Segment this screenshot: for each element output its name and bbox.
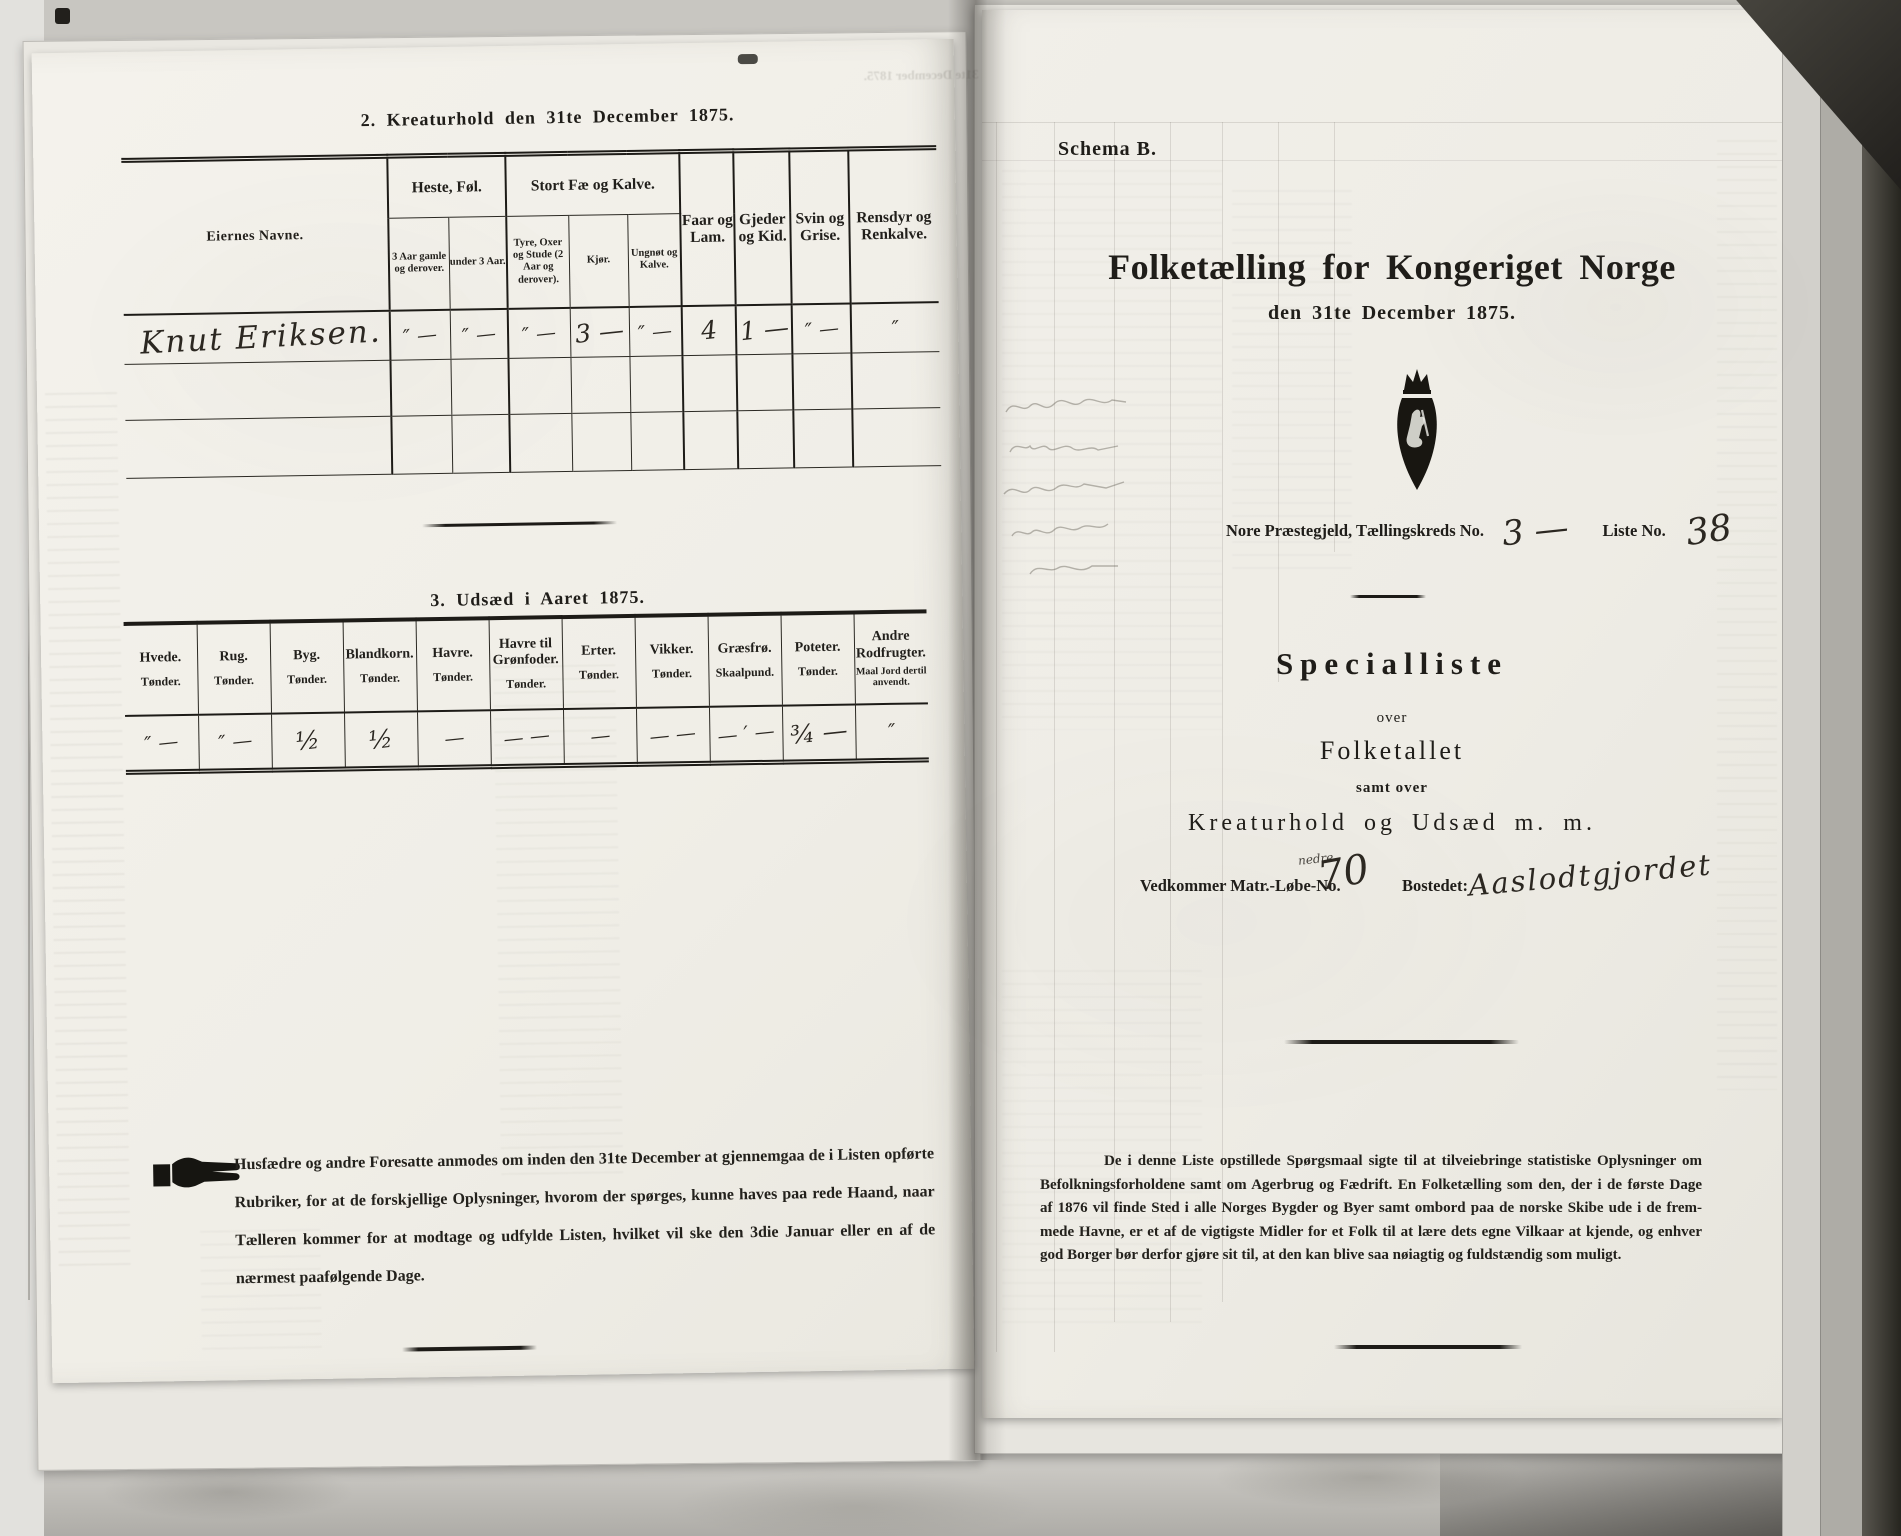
value-heste-3aar: ″ — <box>390 309 451 360</box>
empty-row-cell <box>851 352 940 409</box>
sub-header-3aar: 3 Aar gamle og derover. <box>388 217 449 310</box>
value-poteter: ¾ — <box>782 704 856 761</box>
sub-header-ungnoet: Ungnøt og Kalve. <box>627 214 681 307</box>
empty-row-cell <box>852 408 941 467</box>
col-header-gjeder-kid: Gjeder og Kid. <box>733 150 791 305</box>
paragraph-line: mede Havne, er et af de vigtigste Midler… <box>1040 1221 1702 1245</box>
paragraph-line: De i denne Liste opstillede Spørgsmaal s… <box>1040 1150 1702 1174</box>
matr-loebe-label: Vedkommer Matr.-Løbe-No. <box>1140 876 1341 896</box>
empty-row-cell <box>682 355 737 412</box>
census-subtitle: den 31te December 1875. <box>1062 302 1722 325</box>
bottom-rule <box>402 1346 537 1352</box>
norway-coat-of-arms <box>1388 366 1446 496</box>
section2-title: 2. Kreaturhold den 31te December 1875. <box>361 104 735 131</box>
over-text: over <box>1062 710 1722 727</box>
empty-row-cell <box>683 411 738 470</box>
district-underline-rule <box>1350 595 1426 598</box>
bleed-through-text-column <box>1717 140 1777 1090</box>
col-header-hvede: Hvede.Tønder. <box>124 623 198 716</box>
census-title: Folketælling for Kongeriget Norge <box>1062 246 1722 288</box>
empty-row-cell <box>508 357 571 414</box>
value-gjeder-kid: 1 — <box>736 304 793 355</box>
empty-row-cell <box>125 360 392 420</box>
col-header-andre-rodfrugter: Andre Rodfrugter.Maal Jord dertil anvend… <box>853 611 927 704</box>
col-header-byg: Byg.Tønder. <box>270 621 344 714</box>
empty-row-cell <box>570 356 630 413</box>
right-page: Schema B. Folketælling for Kongeriget No… <box>982 10 1784 1418</box>
handwritten-bosted-name: Aaslodtgjordet <box>1467 847 1713 902</box>
empty-row-cell <box>736 354 793 411</box>
faint-handwriting-scribbles <box>1000 390 1190 590</box>
group-header-heste: Heste, Føl. <box>387 154 506 218</box>
right-stack-edge <box>1782 0 1821 1536</box>
right-stack-edge-dark <box>1862 0 1901 1536</box>
bosted-label: Bostedet: <box>1402 876 1468 896</box>
empty-row-cell <box>450 358 509 415</box>
value-andre-rodfrugter: ″ <box>855 703 929 760</box>
empty-row-cell <box>737 410 794 469</box>
col-header-svin-grise: Svin og Grise. <box>789 149 850 304</box>
kreaturhold-udsaed-text: Kreaturhold og Udsæd m. m. <box>1062 810 1722 837</box>
folketallet-text: Folketallet <box>1062 736 1722 766</box>
empty-row-cell <box>390 359 451 416</box>
col-header-rensdyr: Rensdyr og Renkalve. <box>848 148 938 303</box>
col-header-erter: Erter.Tønder. <box>562 616 636 709</box>
section3-title: 3. Udsæd i Aaret 1875. <box>430 587 645 611</box>
bleed-through-line <box>996 122 997 1352</box>
col-header-poteter: Poteter.Tønder. <box>781 612 855 705</box>
value-erter: — <box>563 708 637 765</box>
left-page: den 31te December 1875. 2. Kreaturhold d… <box>32 39 975 1383</box>
empty-row-cell <box>630 412 684 471</box>
value-faar-lam: 4 <box>682 305 737 356</box>
group-header-stort-fae: Stort Fæ og Kalve. <box>505 152 680 217</box>
col-header-rug: Rug.Tønder. <box>197 622 271 715</box>
col-header-blandkorn: Blandkorn.Tønder. <box>343 619 417 712</box>
empty-row-cell <box>451 414 510 473</box>
sub-header-kjoer: Kjør. <box>568 214 628 307</box>
bleed-through-line <box>982 122 1784 123</box>
value-tyre: ″ — <box>508 307 571 358</box>
info-paragraph: De i denne Liste opstillede Spørgsmaal s… <box>1040 1150 1702 1268</box>
col-header-eiernes-navne: Eiernes Navne. <box>121 156 389 314</box>
section-divider-rule <box>422 521 617 527</box>
liste-label: Liste No. <box>1603 521 1666 540</box>
footnote-paragraph: Husfædre og andre Foresatte anmodes om i… <box>234 1135 936 1298</box>
value-rensdyr: ″ <box>851 302 940 353</box>
schema-label: Schema B. <box>1058 138 1157 161</box>
scan-speck <box>55 8 70 24</box>
udsaed-table: Hvede.Tønder. Rug.Tønder. Byg.Tønder. Bl… <box>124 609 929 774</box>
col-header-havre-groenfoder: Havre til Grønfoder.Tønder. <box>489 617 563 710</box>
paragraph-line: god Borger bør derfor gjøre sit til, at … <box>1040 1244 1702 1268</box>
district-prefix: Nore Præstegjeld, Tællingskreds No. <box>1226 521 1484 540</box>
value-heste-under3: ″ — <box>450 308 509 359</box>
empty-row-cell <box>629 356 683 413</box>
page-corner-mark <box>738 54 758 64</box>
value-blandkorn: ½ <box>344 711 418 768</box>
value-vikker: — — <box>636 707 710 764</box>
value-rug: ″ — <box>198 714 272 771</box>
col-header-graesfroe: Græsfrø.Skaalpund. <box>708 614 782 707</box>
owner-name-entry: Knut Eriksen. <box>124 310 391 364</box>
sub-header-tyre-oxer: Tyre, Oxer og Stude (2 Aar og derover). <box>506 215 569 308</box>
manicule-pointing-hand-icon <box>152 1152 243 1199</box>
value-hvede: ″ — <box>125 715 199 772</box>
value-havre-groenfoder: — — <box>490 709 564 766</box>
center-divider-rule <box>1284 1040 1519 1044</box>
empty-row-cell <box>792 353 852 410</box>
empty-row-cell <box>793 409 853 468</box>
bottom-rule <box>1334 1345 1522 1349</box>
paragraph-line: af 1876 vil finde Sted i alle Norges Byg… <box>1040 1197 1702 1221</box>
value-byg: ½ <box>271 712 345 769</box>
sub-header-under3aar: under 3 Aar. <box>448 216 507 309</box>
handwritten-liste-number: 38 <box>1683 507 1734 554</box>
col-header-havre: Havre.Tønder. <box>416 618 490 711</box>
empty-row-cell <box>509 413 572 472</box>
bleed-through-mirrored-title: den 31te December 1875. <box>832 66 1002 85</box>
value-havre: — <box>417 710 491 767</box>
handwritten-matr-number: 70 <box>1314 846 1372 900</box>
empty-row-cell <box>391 415 452 474</box>
paragraph-line: Befolkningsforholdene samt om Agerbrug o… <box>1040 1174 1702 1198</box>
kreaturhold-table: Eiernes Navne. Heste, Føl. Stort Fæ og K… <box>121 145 941 479</box>
value-ungnoet: ″ — <box>629 306 683 357</box>
value-svin-grise: ″ — <box>792 303 852 354</box>
bleed-through-text-column <box>45 392 131 1273</box>
empty-row-cell <box>125 416 392 478</box>
handwritten-owner-name: Knut Eriksen. <box>124 313 383 362</box>
scanned-archive-spread: den 31te December 1875. 2. Kreaturhold d… <box>0 0 1901 1536</box>
col-header-faar-lam: Faar og Lam. <box>679 151 735 306</box>
district-line: Nore Præstegjeld, Tællingskreds No. 3 — … <box>1226 510 1732 551</box>
specialliste-title: Specialliste <box>1062 646 1722 682</box>
value-graesfroe: — ′ — <box>709 706 783 763</box>
samt-over-text: samt over <box>1062 780 1722 797</box>
empty-row-cell <box>571 412 631 471</box>
value-kjoer: 3 — <box>570 306 630 357</box>
handwritten-kreds-number: 3 — <box>1500 508 1570 555</box>
right-stack-edge <box>1820 0 1863 1536</box>
col-header-vikker: Vikker.Tønder. <box>635 615 709 708</box>
